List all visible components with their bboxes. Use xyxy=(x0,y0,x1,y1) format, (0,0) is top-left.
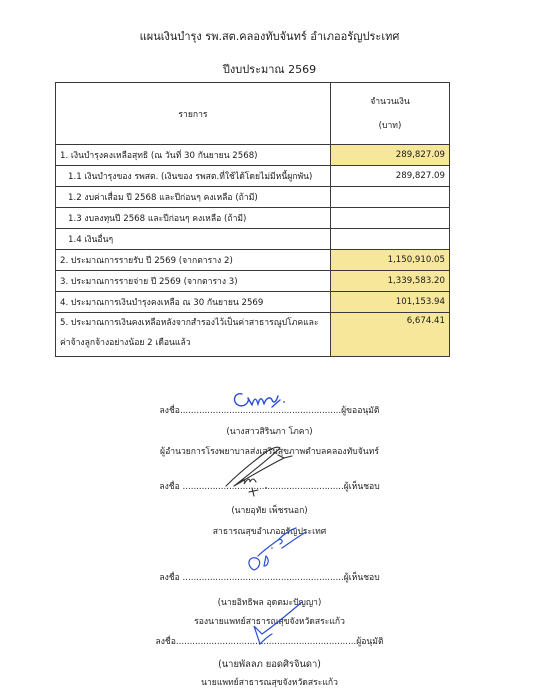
table-row: 1. เงินบำรุงคงเหลือสุทธิ (ณ วันที่ 30 กั… xyxy=(56,145,450,166)
document-page: แผนเงินบำรุง รพ.สต.คลองทับจันทร์ อำเภออร… xyxy=(0,0,539,694)
row-label: 1.1 เงินบำรุงของ รพสต. (เงินของ รพสต.ที่… xyxy=(56,166,331,187)
document-title: แผนเงินบำรุง รพ.สต.คลองทับจันทร์ อำเภออร… xyxy=(0,27,539,45)
sign-role: ผู้ขออนุมัติ xyxy=(341,406,379,416)
table-row: 3. ประมาณการรายจ่าย ปี 2569 (จากตาราง 3)… xyxy=(56,271,450,292)
table-header-row: รายการ จำนวนเงิน (บาท) xyxy=(56,83,450,145)
row-label: 1.4 เงินอื่นๆ xyxy=(56,229,331,250)
row-amount xyxy=(330,208,449,229)
header-amount-line1: จำนวนเงิน xyxy=(335,90,445,114)
sign-role: ผู้เห็นชอบ xyxy=(344,482,380,492)
signature-mark-requester xyxy=(228,388,288,412)
header-amount-line2: (บาท) xyxy=(335,114,445,138)
sign-prefix: ลงชื่อ xyxy=(155,637,175,647)
row-amount: 6,674.41 xyxy=(330,313,449,357)
signature-mark-approver xyxy=(232,600,312,650)
row-label: 1.3 งบลงทุนปี 2568 และปีก่อนๆ คงเหลือ (ถ… xyxy=(56,208,331,229)
row-label: 5. ประมาณการเงินคงเหลือหลังจากสำรองไว้เป… xyxy=(56,313,331,357)
signer-position-approver: นายแพทย์สาธารณสุขจังหวัดสระแก้ว xyxy=(0,675,539,689)
row-amount xyxy=(330,187,449,208)
sign-role: ผู้อนุมัติ xyxy=(356,637,383,647)
table-row: 1.1 เงินบำรุงของ รพสต. (เงินของ รพสต.ที่… xyxy=(56,166,450,187)
table-row: 4. ประมาณการเงินบำรุงคงเหลือ ณ 30 กันยาย… xyxy=(56,292,450,313)
row-amount: 289,827.09 xyxy=(330,145,449,166)
sign-prefix: ลงชื่อ xyxy=(159,482,179,492)
row-label: 3. ประมาณการรายจ่าย ปี 2569 (จากตาราง 3) xyxy=(56,271,331,292)
row-label-line1: 5. ประมาณการเงินคงเหลือหลังจากสำรองไว้เป… xyxy=(60,313,326,333)
row-label: 2. ประมาณการรายรับ ปี 2569 (จากตาราง 2) xyxy=(56,250,331,271)
row-amount: 289,827.09 xyxy=(330,166,449,187)
row-label: 4. ประมาณการเงินบำรุงคงเหลือ ณ 30 กันยาย… xyxy=(56,292,331,313)
header-amount: จำนวนเงิน (บาท) xyxy=(330,83,449,145)
budget-table: รายการ จำนวนเงิน (บาท) 1. เงินบำรุงคงเหล… xyxy=(55,82,450,357)
signer-name-endorser-1: (นายอุทัย เพ็ชรนอก) xyxy=(0,503,539,517)
sign-prefix: ลงชื่อ xyxy=(159,573,179,583)
table-row: 1.3 งบลงทุนปี 2568 และปีก่อนๆ คงเหลือ (ถ… xyxy=(56,208,450,229)
table-row: 2. ประมาณการรายรับ ปี 2569 (จากตาราง 2) … xyxy=(56,250,450,271)
sign-role: ผู้เห็นชอบ xyxy=(344,573,380,583)
signature-mark-endorser-1 xyxy=(222,442,302,502)
row-amount: 101,153.94 xyxy=(330,292,449,313)
signer-name-approver: (นายพัลลภ ยอดศิรจินดา) xyxy=(0,657,539,672)
row-label: 1. เงินบำรุงคงเหลือสุทธิ (ณ วันที่ 30 กั… xyxy=(56,145,331,166)
sign-prefix: ลงชื่อ xyxy=(160,406,180,416)
row-amount: 1,339,583.20 xyxy=(330,271,449,292)
signer-name-requester: (นางสาวสิรินภา โภคา) xyxy=(0,424,539,438)
row-label: 1.2 งบค่าเสื่อม ปี 2568 และปีก่อนๆ คงเหล… xyxy=(56,187,331,208)
row-amount: 1,150,910.05 xyxy=(330,250,449,271)
table-row: 1.4 เงินอื่นๆ xyxy=(56,229,450,250)
table-row: 5. ประมาณการเงินคงเหลือหลังจากสำรองไว้เป… xyxy=(56,313,450,357)
table-row: 1.2 งบค่าเสื่อม ปี 2568 และปีก่อนๆ คงเหล… xyxy=(56,187,450,208)
signature-mark-endorser-2 xyxy=(238,526,318,582)
header-item: รายการ xyxy=(56,83,331,145)
fiscal-year: ปีงบประมาณ 2569 xyxy=(0,60,539,78)
row-amount xyxy=(330,229,449,250)
row-label-line2: ค่าจ้างลูกจ้างอย่างน้อย 2 เดือนแล้ว xyxy=(60,333,326,353)
